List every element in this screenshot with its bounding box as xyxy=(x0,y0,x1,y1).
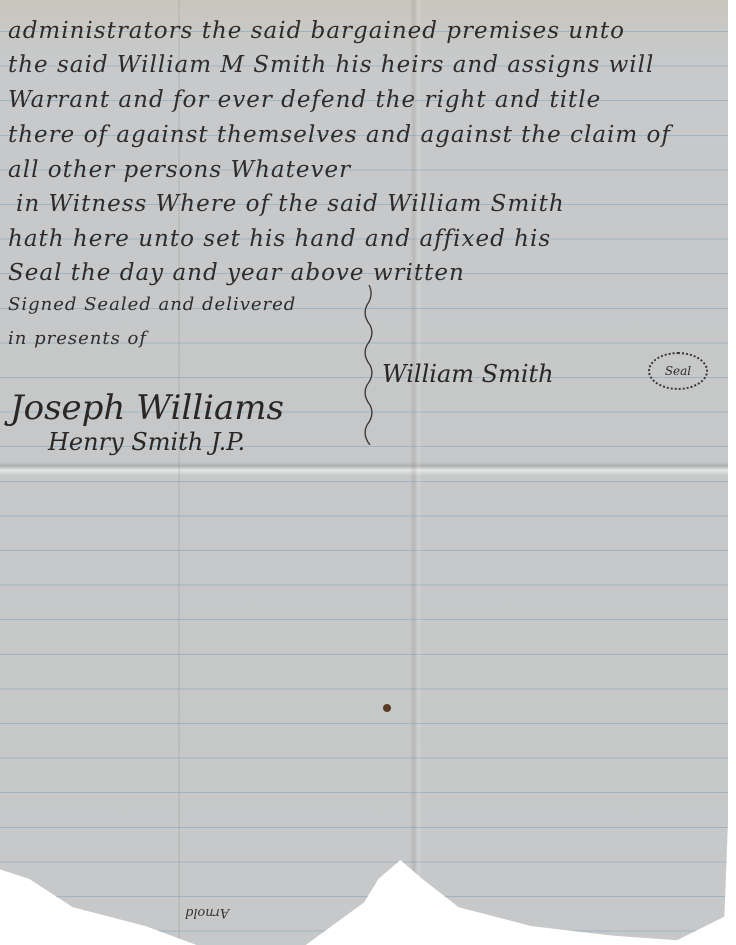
seal-mark: Seal xyxy=(648,352,708,390)
brace-mark-icon xyxy=(362,285,376,445)
deed-line-10: in presents of xyxy=(8,328,147,349)
docket-note: Arnold xyxy=(185,905,229,920)
grantor-signature: William Smith xyxy=(382,360,554,388)
seal-label: Seal xyxy=(665,364,691,378)
ink-spot xyxy=(383,704,391,712)
deed-line-5: all other persons Whatever xyxy=(8,157,351,183)
deed-line-1: administrators the said bargained premis… xyxy=(8,18,625,44)
deed-line-7: hath here unto set his hand and affixed … xyxy=(8,226,551,252)
deed-paper: administrators the said bargained premis… xyxy=(0,0,728,945)
deed-line-3: Warrant and for ever defend the right an… xyxy=(8,87,601,113)
deed-line-9: Signed Sealed and delivered xyxy=(8,294,296,315)
deed-line-8: Seal the day and year above written xyxy=(8,260,465,286)
deed-line-6: in Witness Where of the said William Smi… xyxy=(16,191,565,217)
witness-signature-2: Henry Smith J.P. xyxy=(48,428,245,456)
deed-line-2: the said William M Smith his heirs and a… xyxy=(8,52,654,78)
deed-line-4: there of against themselves and against … xyxy=(8,122,671,148)
witness-signature-1: Joseph Williams xyxy=(10,388,284,428)
